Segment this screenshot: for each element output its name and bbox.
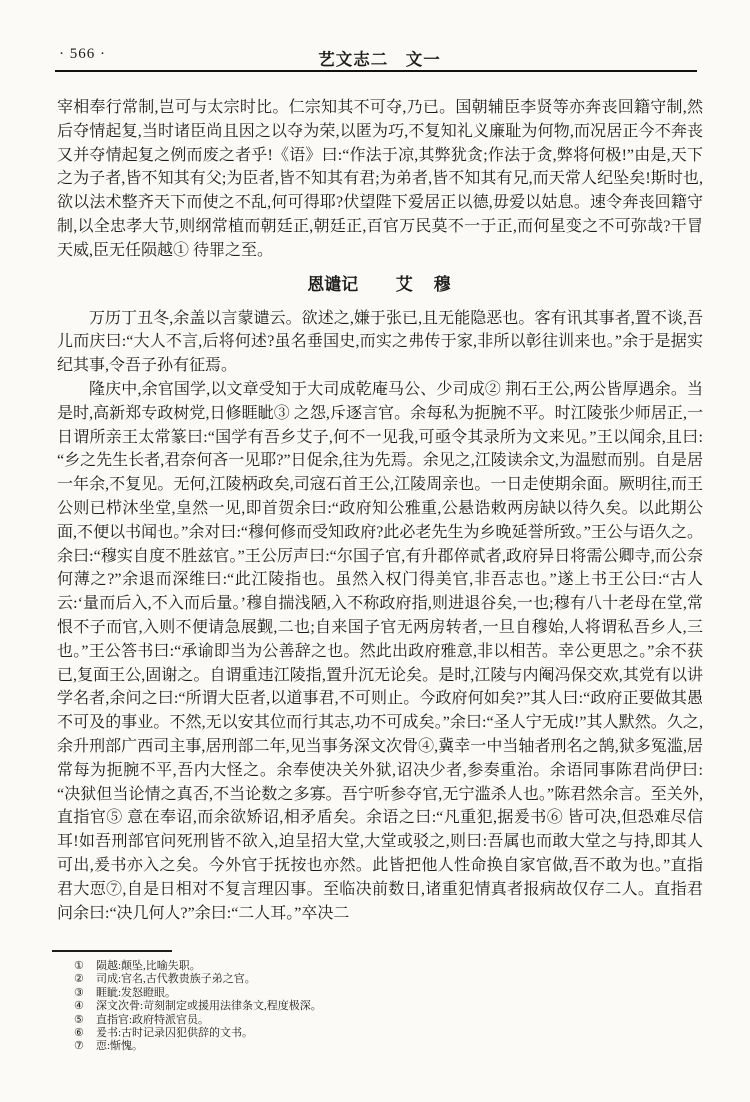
footnote-text: 爰书:古时记录囚犯供辞的文书。 <box>96 1027 702 1040</box>
footnote-marker: ⑥ <box>74 1027 96 1040</box>
footnote-marker: ⑦ <box>74 1040 96 1053</box>
footnote-marker: ① <box>74 960 96 973</box>
footnote-divider <box>52 950 172 952</box>
footnote-text: 陨越:颠坠,比喻失职。 <box>96 960 702 973</box>
running-head: · 566 · 艺文志二 文一 <box>57 46 702 68</box>
footnotes-section: ① 陨越:颠坠,比喻失职。 ② 司成:官名,古代教贵族子弟之官。 ③ 睚眦:发怒… <box>52 950 702 1054</box>
paragraph-narrative: 隆庆中,余官国学,以文章受知于大司成乾庵马公、少司成② 荆石王公,两公皆厚遇余。… <box>57 378 703 925</box>
footnote-item: ③ 睚眦:发怒瞪眼。 <box>74 987 702 1000</box>
footnote-item: ① 陨越:颠坠,比喻失职。 <box>74 960 702 973</box>
footnote-text: 睚眦:发怒瞪眼。 <box>96 987 702 1000</box>
paragraph-memorial-continuation: 宰相奉行常制,岂可与太宗时比。仁宗知其不可夺,乃已。国朝辅臣李贤等亦奔丧回籍守制… <box>57 96 703 263</box>
paragraph-preface: 万历丁丑冬,余盖以言蒙谴云。欲述之,嫌于张已,且无能隐恶也。客有讯其事者,置不谈… <box>57 307 703 378</box>
section-author: 艾 穆 <box>396 275 453 294</box>
footnote-item: ② 司成:官名,古代教贵族子弟之官。 <box>74 973 702 986</box>
footnote-item: ⑥ 爰书:古时记录囚犯供辞的文书。 <box>74 1027 702 1040</box>
footnote-list: ① 陨越:颠坠,比喻失职。 ② 司成:官名,古代教贵族子弟之官。 ③ 睚眦:发怒… <box>52 960 702 1054</box>
footnote-text: 深文次骨:苛刻制定或援用法律条文,程度极深。 <box>96 1000 702 1013</box>
footnote-item: ⑤ 直指官:政府特派官员。 <box>74 1014 702 1027</box>
footnote-item: ④ 深文次骨:苛刻制定或援用法律条文,程度极深。 <box>74 1000 702 1013</box>
header-divider <box>55 70 697 72</box>
footnote-marker: ④ <box>74 1000 96 1013</box>
footnote-item: ⑦ 恧:惭愧。 <box>74 1040 702 1053</box>
footnote-marker: ③ <box>74 987 96 1000</box>
footnote-text: 直指官:政府特派官员。 <box>96 1014 702 1027</box>
footnote-text: 司成:官名,古代教贵族子弟之官。 <box>96 973 702 986</box>
page-body: 宰相奉行常制,岂可与太宗时比。仁宗知其不可夺,乃已。国朝辅臣李贤等亦奔丧回籍守制… <box>57 96 703 925</box>
book-page: · 566 · 艺文志二 文一 宰相奉行常制,岂可与太宗时比。仁宗知其不可夺,乃… <box>0 0 750 1102</box>
section-title: 恩谴记 <box>307 275 358 294</box>
chapter-title: 艺文志二 文一 <box>57 46 702 70</box>
footnote-text: 恧:惭愧。 <box>96 1040 702 1053</box>
footnote-marker: ⑤ <box>74 1014 96 1027</box>
footnote-marker: ② <box>74 973 96 986</box>
section-heading: 恩谴记艾 穆 <box>57 273 703 297</box>
